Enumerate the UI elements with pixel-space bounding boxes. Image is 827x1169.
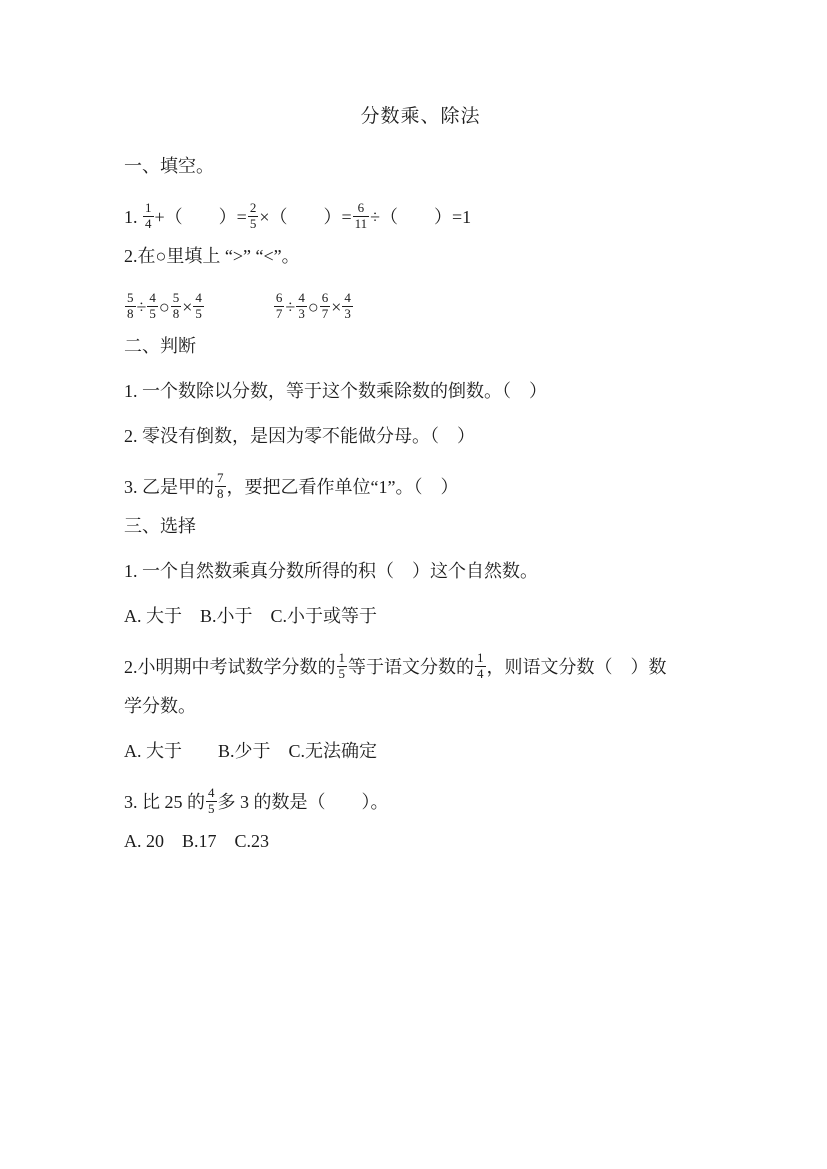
- fraction-numerator: 6: [274, 291, 285, 306]
- fraction-4-3: 43: [342, 291, 353, 322]
- judge-question-1: 1. 一个数除以分数，等于这个数乘除数的倒数。（ ）: [124, 377, 717, 405]
- fraction-4-5: 45: [147, 291, 158, 322]
- fill-q1-blank-1: +（ ）=: [155, 207, 247, 227]
- fraction-numerator: 1: [143, 201, 154, 216]
- fill-q1-blank-2: ×（ ）=: [259, 207, 351, 227]
- judge-question-3: 3. 乙是甲的78，要把乙看作单位“1”。（ ）: [124, 467, 717, 507]
- choice-q2-text-after: ，则语文分数（ ）数: [487, 657, 667, 677]
- fraction-4-5: 45: [193, 291, 204, 322]
- fraction-7-8: 78: [215, 471, 226, 502]
- choice-question-3-options: A. 20 B.17 C.23: [124, 827, 717, 855]
- choice-q2-text-middle: 等于语文分数的: [348, 657, 474, 677]
- fraction-denominator: 11: [353, 216, 370, 232]
- compare-circle: ○: [308, 297, 319, 317]
- section-judge-heading: 二、判断: [124, 332, 717, 360]
- judge-q3-text-after: ，要把乙看作单位“1”。（ ）: [227, 477, 459, 497]
- fraction-denominator: 5: [206, 801, 217, 817]
- choice-q3-text-before: 3. 比 25 的: [124, 792, 205, 812]
- page-title: 分数乘、除法: [124, 104, 717, 130]
- comparison-right: 67÷43○67×43: [273, 297, 354, 317]
- divide-operator: ÷: [285, 297, 295, 317]
- worksheet-page: 分数乘、除法 一、填空。 1. 14+（ ）=25×（ ）=611÷（ ）=1 …: [0, 0, 827, 1169]
- fraction-denominator: 8: [215, 486, 226, 502]
- choice-question-2-wrap: 学分数。: [124, 692, 717, 720]
- fraction-denominator: 5: [193, 306, 204, 322]
- fraction-denominator: 7: [320, 306, 331, 322]
- fraction-1-5: 15: [337, 651, 348, 682]
- fraction-numerator: 2: [248, 201, 259, 216]
- fill-question-2-label: 2.在○里填上 “>” “<”。: [124, 242, 717, 270]
- fraction-5-8: 58: [125, 291, 136, 322]
- fraction-denominator: 5: [337, 666, 348, 682]
- choice-question-2: 2.小明期中考试数学分数的15等于语文分数的14，则语文分数（ ）数: [124, 647, 717, 687]
- fraction-numerator: 6: [356, 201, 367, 216]
- fraction-numerator: 6: [320, 291, 331, 306]
- section-choice-heading: 三、选择: [124, 512, 717, 540]
- fraction-denominator: 8: [125, 306, 136, 322]
- fraction-numerator: 5: [125, 291, 136, 306]
- fraction-numerator: 1: [475, 651, 486, 666]
- fraction-6-11: 611: [353, 201, 370, 232]
- fraction-denominator: 8: [171, 306, 182, 322]
- fraction-numerator: 7: [215, 471, 226, 486]
- fraction-denominator: 3: [296, 306, 307, 322]
- section-fill-heading: 一、填空。: [124, 152, 717, 180]
- choice-question-1: 1. 一个自然数乘真分数所得的积（ ）这个自然数。: [124, 557, 717, 585]
- fraction-denominator: 4: [143, 216, 154, 232]
- fraction-denominator: 5: [147, 306, 158, 322]
- fraction-1-4: 14: [475, 651, 486, 682]
- fraction-4-5: 45: [206, 786, 217, 817]
- fraction-6-7: 67: [320, 291, 331, 322]
- divide-operator: ÷: [137, 297, 147, 317]
- fraction-numerator: 4: [206, 786, 217, 801]
- worksheet-content: 分数乘、除法 一、填空。 1. 14+（ ）=25×（ ）=611÷（ ）=1 …: [0, 0, 827, 855]
- comparison-left: 58÷45○58×45: [124, 297, 205, 317]
- fraction-1-4: 14: [143, 201, 154, 232]
- fraction-numerator: 4: [296, 291, 307, 306]
- choice-q2-text-before: 2.小明期中考试数学分数的: [124, 657, 336, 677]
- fraction-denominator: 5: [248, 216, 259, 232]
- compare-circle: ○: [159, 297, 170, 317]
- fraction-4-3: 43: [296, 291, 307, 322]
- fill-question-1: 1. 14+（ ）=25×（ ）=611÷（ ）=1: [124, 197, 717, 237]
- fill-q1-number: 1.: [124, 207, 138, 227]
- fraction-5-8: 58: [171, 291, 182, 322]
- choice-q3-text-after: 多 3 的数是（ ）。: [218, 792, 389, 812]
- fraction-numerator: 5: [171, 291, 182, 306]
- fill-q1-blank-3: ÷（ ）=1: [370, 207, 471, 227]
- choice-question-1-options: A. 大于 B.小于 C.小于或等于: [124, 602, 717, 630]
- fraction-numerator: 4: [193, 291, 204, 306]
- multiply-operator: ×: [331, 297, 341, 317]
- multiply-operator: ×: [182, 297, 192, 317]
- choice-question-3: 3. 比 25 的45多 3 的数是（ ）。: [124, 782, 717, 822]
- fraction-2-5: 25: [248, 201, 259, 232]
- fraction-6-7: 67: [274, 291, 285, 322]
- fraction-numerator: 4: [147, 291, 158, 306]
- fraction-numerator: 1: [337, 651, 348, 666]
- fill-question-2-comparisons: 58÷45○58×4567÷43○67×43: [124, 287, 717, 327]
- choice-question-2-options: A. 大于 B.少于 C.无法确定: [124, 737, 717, 765]
- judge-question-2: 2. 零没有倒数，是因为零不能做分母。（ ）: [124, 422, 717, 450]
- judge-q3-text-before: 3. 乙是甲的: [124, 477, 214, 497]
- fraction-denominator: 7: [274, 306, 285, 322]
- fraction-denominator: 3: [342, 306, 353, 322]
- fraction-numerator: 4: [342, 291, 353, 306]
- fraction-denominator: 4: [475, 666, 486, 682]
